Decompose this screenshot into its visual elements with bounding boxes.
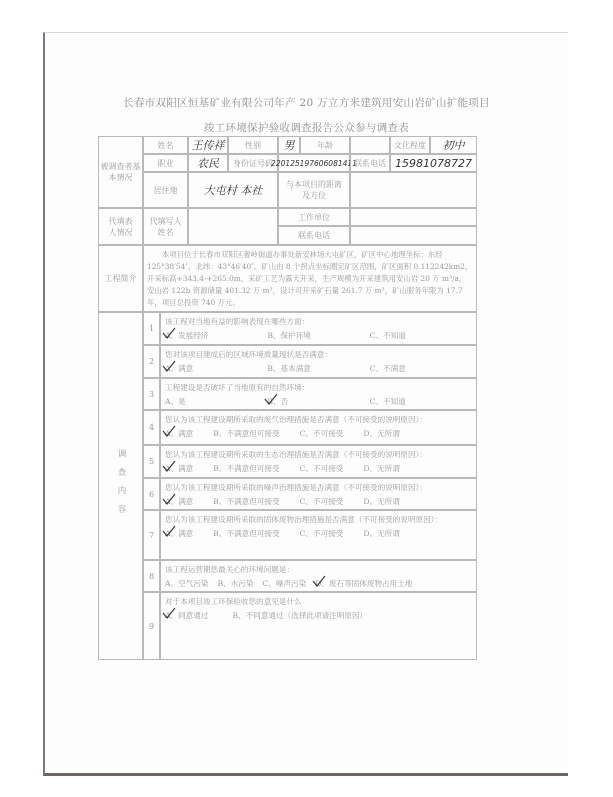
question-item: 对于本项目竣工环保验收您的意见是什么A、同意通过B、不同意通过（选择此项请注明原…: [160, 592, 477, 660]
question-item: 您认为该工程建设期所采取的废气治理措施是否满意（不可接受的说明原因）：A、满意B…: [160, 410, 477, 445]
answer-option[interactable]: C、不知道: [370, 329, 472, 343]
education-label: 文化程度: [390, 136, 430, 154]
answer-option[interactable]: C、不可接受: [300, 495, 344, 509]
proxy-workplace-value[interactable]: [350, 208, 477, 226]
proxy-workplace-label: 工作单位: [278, 208, 350, 226]
document-title-line2: 竣工环境保护验收调查报告公众参与调查表: [0, 120, 613, 135]
residence-label: 居住地: [143, 172, 188, 208]
question-text: 您认为该工程建设期所采取的固体废物治理措施是否满意（不可接受的说明原因）：: [165, 513, 442, 527]
answer-options: A、发展经济B、保护环境C、不知道: [165, 329, 472, 343]
checkmark-icon: [162, 460, 176, 472]
answer-option[interactable]: A、满意: [165, 427, 193, 441]
distance-label: 与本项目的距离及方位: [278, 172, 350, 208]
answer-options: A、满意B、不满意但可接受C、不可接受D、无所谓: [165, 527, 472, 541]
question-item: 您对该项目建成后的区域环境质量现状是否满意：A、满意B、基本满意C、不满意: [160, 345, 477, 378]
answer-options: A、满意B、不满意但可接受C、不可接受D、无所谓: [165, 427, 472, 441]
question-number: 2: [143, 345, 160, 378]
answer-option[interactable]: A、满意: [165, 462, 193, 476]
question-item: 该工程运营期您最关心的环境问题是：A、空气污染B、水污染C、噪声污染D、废石等固…: [160, 560, 477, 592]
answer-option[interactable]: A、满意: [165, 527, 193, 541]
occupation-label: 职业: [143, 154, 188, 172]
question-text: 您认为该工程建设期所采取的废气治理措施是否满意（不可接受的说明原因）：: [165, 413, 427, 427]
question-item: 您认为该工程建设期所采取的固体废物治理措施是否满意（不可接受的说明原因）：A、满…: [160, 510, 477, 560]
question-item: 您认为该工程建设期所采取的生态治理措施是否满意（不可接受的说明原因）：A、满意B…: [160, 445, 477, 478]
gender-label: 性别: [228, 136, 278, 154]
answer-option[interactable]: B、不满意但可接受: [213, 495, 279, 509]
distance-value[interactable]: [350, 172, 477, 208]
question-text: 您认为该工程建设期所采取的生态治理措施是否满意（不可接受的说明原因）：: [165, 448, 427, 462]
answer-option[interactable]: D、无所谓: [363, 527, 399, 541]
checkmark-icon: [162, 360, 176, 372]
question-item: 工程建设是否破坏了当地原有的自然环境：A、是B、否C、不知道: [160, 378, 477, 410]
age-label: 年龄: [300, 136, 350, 154]
phone-label: 联系电话: [350, 154, 390, 172]
question-number: 4: [143, 410, 160, 445]
answer-option[interactable]: A、满意: [165, 495, 193, 509]
answer-option[interactable]: C、不可接受: [300, 527, 344, 541]
answer-option[interactable]: B、不同意通过（选择此项请注明原因）: [232, 609, 367, 623]
answer-option[interactable]: C、噪声污染: [262, 577, 306, 591]
proxy-section-label: 代填表人情况: [98, 208, 143, 245]
proxy-phone-label: 联系电话: [278, 226, 350, 245]
question-number: 9: [143, 592, 160, 660]
answer-option[interactable]: A、满意: [165, 362, 267, 376]
proxy-name-label: 代填写人姓名: [143, 208, 188, 245]
proxy-phone-value[interactable]: [350, 226, 477, 245]
answer-options: A、同意通过B、不同意通过（选择此项请注明原因）: [165, 609, 472, 623]
answer-option[interactable]: A、同意通过: [165, 609, 208, 623]
answer-option[interactable]: D、废石等固体废物占用土地: [315, 577, 412, 591]
survey-section-label-text: 调查内容: [115, 449, 126, 523]
question-number: 1: [143, 312, 160, 345]
answer-option[interactable]: C、不知道: [370, 395, 472, 409]
checkmark-icon: [162, 493, 176, 505]
document-title-line1: 长春市双阳区恒基矿业有限公司年产 20 万立方米建筑用安山岩矿山扩能项目: [0, 95, 613, 110]
checkmark-icon: [162, 327, 176, 339]
project-intro-text: 本项目位于长春市双阳区奢岭街道办事处新安林场大屯矿区，矿区中心地理坐标：东经 1…: [143, 245, 477, 312]
checkmark-icon: [162, 525, 176, 537]
question-text: 工程建设是否破坏了当地原有的自然环境：: [165, 381, 309, 395]
answer-option[interactable]: D、无所谓: [363, 462, 399, 476]
answer-option[interactable]: C、不满意: [370, 362, 472, 376]
checkmark-icon: [162, 425, 176, 437]
education-value[interactable]: 初中: [430, 136, 477, 154]
answer-option[interactable]: B、基本满意: [267, 362, 369, 376]
answer-option[interactable]: B、不满意但可接受: [213, 427, 279, 441]
answer-options: A、满意B、不满意但可接受C、不可接受D、无所谓: [165, 495, 472, 509]
project-intro-label: 工程简介: [98, 245, 143, 312]
answer-option[interactable]: B、不满意但可接受: [213, 462, 279, 476]
question-text: 该工程运营期您最关心的环境问题是：: [165, 563, 294, 577]
answer-options: A、是B、否C、不知道: [165, 395, 472, 409]
occupation-value[interactable]: 农民: [188, 154, 228, 172]
answer-option[interactable]: A、发展经济: [165, 329, 267, 343]
checkmark-icon: [264, 393, 278, 405]
proxy-name-value[interactable]: [188, 208, 278, 245]
name-value[interactable]: 王传祥: [188, 136, 228, 154]
question-number: 6: [143, 478, 160, 510]
question-number: 8: [143, 560, 160, 592]
question-text: 对于本项目竣工环保验收您的意见是什么: [165, 595, 302, 609]
answer-option[interactable]: B、水污染: [217, 577, 253, 591]
answer-option[interactable]: B、不满意但可接受: [213, 527, 279, 541]
residence-value[interactable]: 大屯村 本社: [188, 172, 278, 208]
answer-option[interactable]: D、无所谓: [363, 427, 399, 441]
answer-options: A、满意B、不满意但可接受C、不可接受D、无所谓: [165, 462, 472, 476]
answer-options: A、满意B、基本满意C、不满意: [165, 362, 472, 376]
answer-option[interactable]: B、否: [267, 395, 369, 409]
respondent-section-label: 被调查者基本情况: [98, 136, 143, 208]
checkmark-icon: [312, 575, 326, 587]
answer-options: A、空气污染B、水污染C、噪声污染D、废石等固体废物占用土地: [165, 577, 472, 591]
question-text: 您对该项目建成后的区域环境质量现状是否满意：: [165, 348, 332, 362]
question-item: 您认为该工程建设期所采取的噪声治理措施是否满意（不可接受的说明原因）：A、满意B…: [160, 478, 477, 510]
answer-option[interactable]: D、无所谓: [363, 495, 399, 509]
age-value[interactable]: [350, 136, 390, 154]
question-item: 该工程对当地有益的影响表现在哪些方面：A、发展经济B、保护环境C、不知道: [160, 312, 477, 345]
answer-option[interactable]: C、不可接受: [300, 462, 344, 476]
question-text: 该工程对当地有益的影响表现在哪些方面：: [165, 315, 309, 329]
name-label: 姓名: [143, 136, 188, 154]
checkmark-icon: [162, 607, 176, 619]
survey-section-label: 调查内容: [98, 312, 143, 660]
question-number: 3: [143, 378, 160, 410]
question-number: 5: [143, 445, 160, 478]
gender-value[interactable]: 男: [278, 136, 300, 154]
answer-option[interactable]: A、空气污染: [165, 577, 208, 591]
answer-option[interactable]: A、是: [165, 395, 267, 409]
id-number-value[interactable]: 220125197606081411: [278, 154, 350, 172]
question-number: 7: [143, 510, 160, 560]
phone-value[interactable]: 15981078727: [390, 154, 477, 172]
answer-option[interactable]: B、保护环境: [267, 329, 369, 343]
answer-option[interactable]: C、不可接受: [300, 427, 344, 441]
question-text: 您认为该工程建设期所采取的噪声治理措施是否满意（不可接受的说明原因）：: [165, 481, 427, 495]
